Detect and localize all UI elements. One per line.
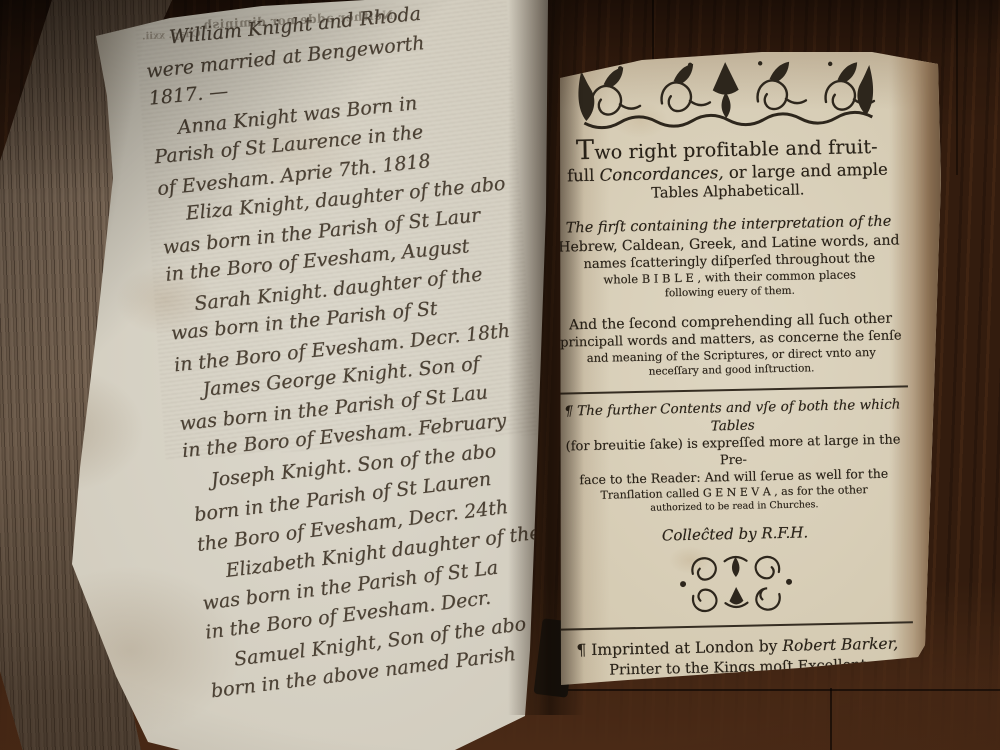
first-table-paragraph: The firſt containing the interpretation … (552, 212, 906, 302)
imprint-printer-name: Robert Barker, (782, 635, 898, 655)
title-page-column: Two right profitable and fruit- full Con… (549, 54, 915, 725)
title-line-2c: or large and ample (723, 160, 888, 182)
tailpiece-ornament-icon (674, 550, 797, 615)
horizontal-rule (556, 385, 908, 394)
wood-plank-seam (830, 688, 832, 750)
title-line-2b: Concordances, (599, 163, 723, 185)
horizontal-rule (561, 621, 913, 630)
photo-scene: Neither adde nor diminish. Chap. xxii. W… (0, 0, 1000, 750)
wood-plank-seam (956, 0, 958, 175)
collected-by-line: Colleĉted by R.F.H. (559, 521, 911, 546)
cum-privilegio-line: Cum Priuilegio. (563, 704, 915, 725)
headpiece-ornament-icon (575, 55, 876, 133)
wood-plank-seam (545, 689, 1000, 691)
imprint-line-1a: ¶ Imprinted at London by (576, 637, 782, 659)
second-table-paragraph: And the ſecond comprehending all ſuch ot… (554, 309, 907, 380)
title-line-2a: full (567, 166, 600, 186)
further-contents-paragraph: ¶ The further Contents and vſe of both t… (556, 395, 910, 516)
